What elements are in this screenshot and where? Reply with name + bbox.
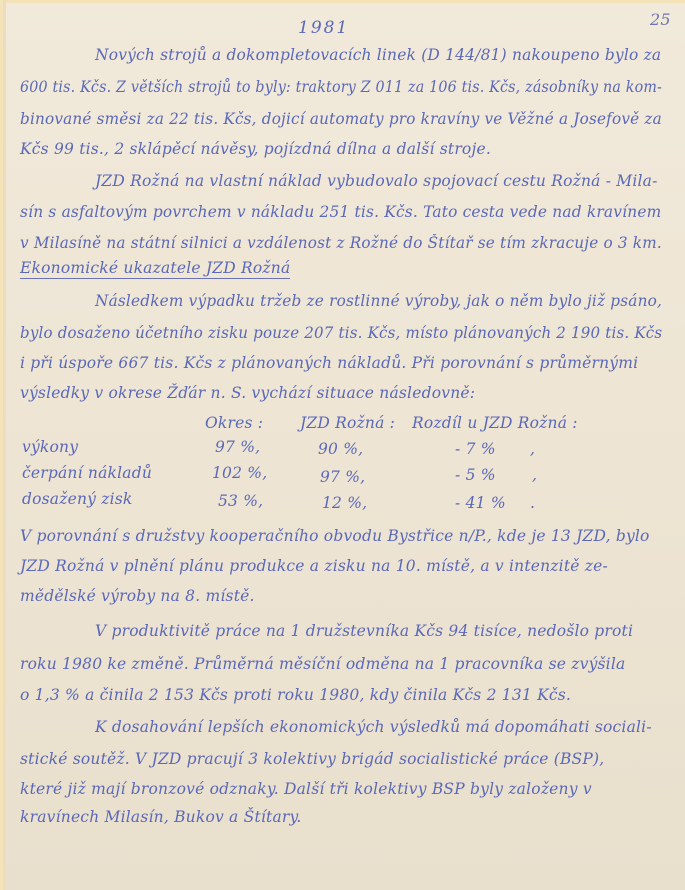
table-row-label: dosažený zisk	[22, 490, 133, 508]
table-cell-jzd: 12 %,	[322, 494, 367, 512]
year-heading: 1981	[298, 18, 349, 38]
table-header-jzd: JZD Rožná :	[300, 414, 395, 432]
table-cell-rozdil: - 7 %	[455, 440, 496, 458]
p6-line-1: K dosahování lepších ekonomických výsled…	[95, 718, 652, 736]
p6-line-3: které již mají bronzové odznaky. Další t…	[20, 780, 592, 798]
table-cell-end: ,	[532, 466, 537, 484]
p1-line-4: Kčs 99 tis., 2 sklápěcí návěsy, pojízdná…	[20, 140, 491, 158]
p5-line-3: o 1,3 % a činila 2 153 Kčs proti roku 19…	[20, 686, 571, 704]
p3-line-3: i při úspoře 667 tis. Kčs z plánovaných …	[20, 354, 638, 372]
p3-line-2: bylo dosaženo účetního zisku pouze 207 t…	[20, 324, 662, 342]
p4-line-1: V porovnání s družstvy kooperačního obvo…	[20, 527, 650, 545]
p2-line-2: sín s asfaltovým povrchem v nákladu 251 …	[20, 203, 661, 221]
table-cell-rozdil: - 5 %	[455, 466, 496, 484]
p6-line-2: stické soutěž. V JZD pracují 3 kolektivy…	[20, 750, 604, 768]
section-heading: Ekonomické ukazatele JZD Rožná	[20, 259, 290, 279]
table-cell-okres: 102 %,	[212, 464, 267, 482]
table-cell-jzd: 90 %,	[318, 440, 363, 458]
table-cell-end: .	[530, 494, 535, 512]
p3-line-4: výsledky v okrese Žďár n. S. vychází sit…	[20, 384, 475, 402]
p4-line-3: mědělské výroby na 8. místě.	[20, 587, 255, 605]
table-cell-okres: 97 %,	[215, 438, 260, 456]
table-cell-okres: 53 %,	[218, 492, 263, 510]
table-cell-rozdil: - 41 %	[455, 494, 506, 512]
p5-line-2: roku 1980 ke změně. Průměrná měsíční odm…	[20, 655, 625, 673]
p2-line-1: JZD Rožná na vlastní náklad vybudovalo s…	[95, 172, 658, 190]
p1-line-2: 600 tis. Kčs. Z větších strojů to byly: …	[20, 78, 662, 96]
p1-line-1: Nových strojů a dokompletovacích linek (…	[95, 46, 661, 64]
table-row-label: výkony	[22, 438, 78, 456]
table-cell-end: ,	[530, 440, 535, 458]
table-header-rozdil: Rozdíl u JZD Rožná :	[412, 414, 578, 432]
p6-line-4: kravínech Milasín, Bukov a Štítary.	[20, 808, 302, 826]
manuscript-page: 25 1981 Nových strojů a dokompletovacích…	[0, 0, 685, 890]
p4-line-2: JZD Rožná v plnění plánu produkce a zisk…	[20, 557, 608, 575]
p2-line-3: v Milasíně na státní silnici a vzdálenos…	[20, 234, 662, 252]
p1-line-3: binované směsi za 22 tis. Kčs, dojicí au…	[20, 110, 662, 128]
p5-line-1: V produktivitě práce na 1 družstevníka K…	[95, 622, 633, 640]
table-row-label: čerpání nákladů	[22, 464, 152, 482]
p3-line-1: Následkem výpadku tržeb ze rostlinné výr…	[95, 292, 662, 310]
page-number: 25	[650, 10, 671, 29]
table-cell-jzd: 97 %,	[320, 468, 365, 486]
table-header-okres: Okres :	[205, 414, 263, 432]
